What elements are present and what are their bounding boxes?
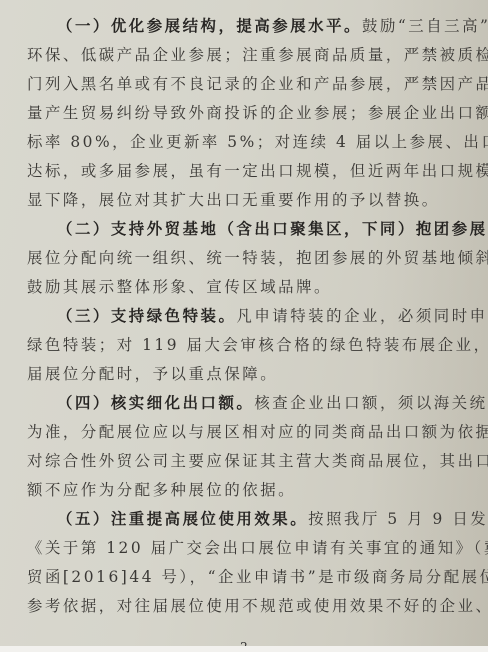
section-heading-4: （四）核实细化出口额。 (57, 394, 254, 412)
section-heading-1: （一）优化参展结构，提高参展水平。 (57, 17, 362, 35)
page-bottom-edge (0, 646, 488, 652)
section-heading-5: （五）注重提高展位使用效果。 (57, 510, 308, 528)
paragraph-1-line-3: 门列入黑名单或有不良记录的企业和产品参展，严禁因产品质 (27, 72, 437, 96)
paragraph-4-line-1: （四）核实细化出口额。核查企业出口额，须以海关统计 (57, 391, 437, 415)
paragraph-2-line-1: （二）支持外贸基地（含出口聚集区，下同）抱团参展。 (57, 217, 437, 241)
section-heading-2: （二）支持外贸基地（含出口聚集区，下同）抱团参展。 (57, 220, 488, 238)
paragraph-3-line-1: （三）支持绿色特装。凡申请特装的企业，必须同时申请 (57, 304, 437, 328)
paragraph-3-line-3: 届展位分配时，予以重点保障。 (27, 362, 437, 386)
paragraph-5-line-2: 《关于第 120 届广交会出口展位申请有关事宜的通知》（冀商外 (27, 536, 437, 560)
paragraph-1-line-2: 环保、低碳产品企业参展；注重参展商品质量，严禁被质检部 (27, 43, 437, 67)
paragraph-5-line-3: 贸函[2016]44 号），“企业申请书”是市级商务局分配展位的重要 (27, 565, 437, 589)
paragraph-1-line-7: 显下降，展位对其扩大出口无重要作用的予以替换。 (27, 188, 437, 212)
paragraph-2-line-2: 展位分配向统一组织、统一特装，抱团参展的外贸基地倾斜， (27, 246, 437, 270)
paragraph-1-line-4: 量产生贸易纠纷导致外商投诉的企业参展；参展企业出口额达 (27, 101, 437, 125)
paragraph-1-line-5: 标率 80%，企业更新率 5%；对连续 4 届以上参展、出口额尚未 (27, 130, 437, 154)
section-heading-3: （三）支持绿色特装。 (57, 307, 236, 325)
paragraph-1-line-6: 达标，或多届参展，虽有一定出口规模，但近两年出口规模明 (27, 159, 437, 183)
paragraph-4-line-2: 为准，分配展位应以与展区相对应的同类商品出口额为依据。 (27, 420, 437, 444)
document-page: （一）优化参展结构，提高参展水平。鼓励“三自三高”及 环保、低碳产品企业参展；注… (0, 0, 488, 646)
paragraph-2-line-3: 鼓励其展示整体形象、宣传区域品牌。 (27, 275, 437, 299)
paragraph-4-line-4: 额不应作为分配多种展位的依据。 (27, 478, 437, 502)
paragraph-5-line-4: 参考依据，对往届展位使用不规范或使用效果不好的企业、本 (27, 594, 437, 618)
paragraph-4-line-3: 对综合性外贸公司主要应保证其主营大类商品展位，其出口总 (27, 449, 437, 473)
paragraph-1-line-1: （一）优化参展结构，提高参展水平。鼓励“三自三高”及 (57, 14, 437, 38)
paragraph-3-line-2: 绿色特装；对 119 届大会审核合格的绿色特装布展企业，在 120 (27, 333, 437, 357)
paragraph-5-line-1: （五）注重提高展位使用效果。按照我厅 5 月 9 日发布的 (57, 507, 437, 531)
